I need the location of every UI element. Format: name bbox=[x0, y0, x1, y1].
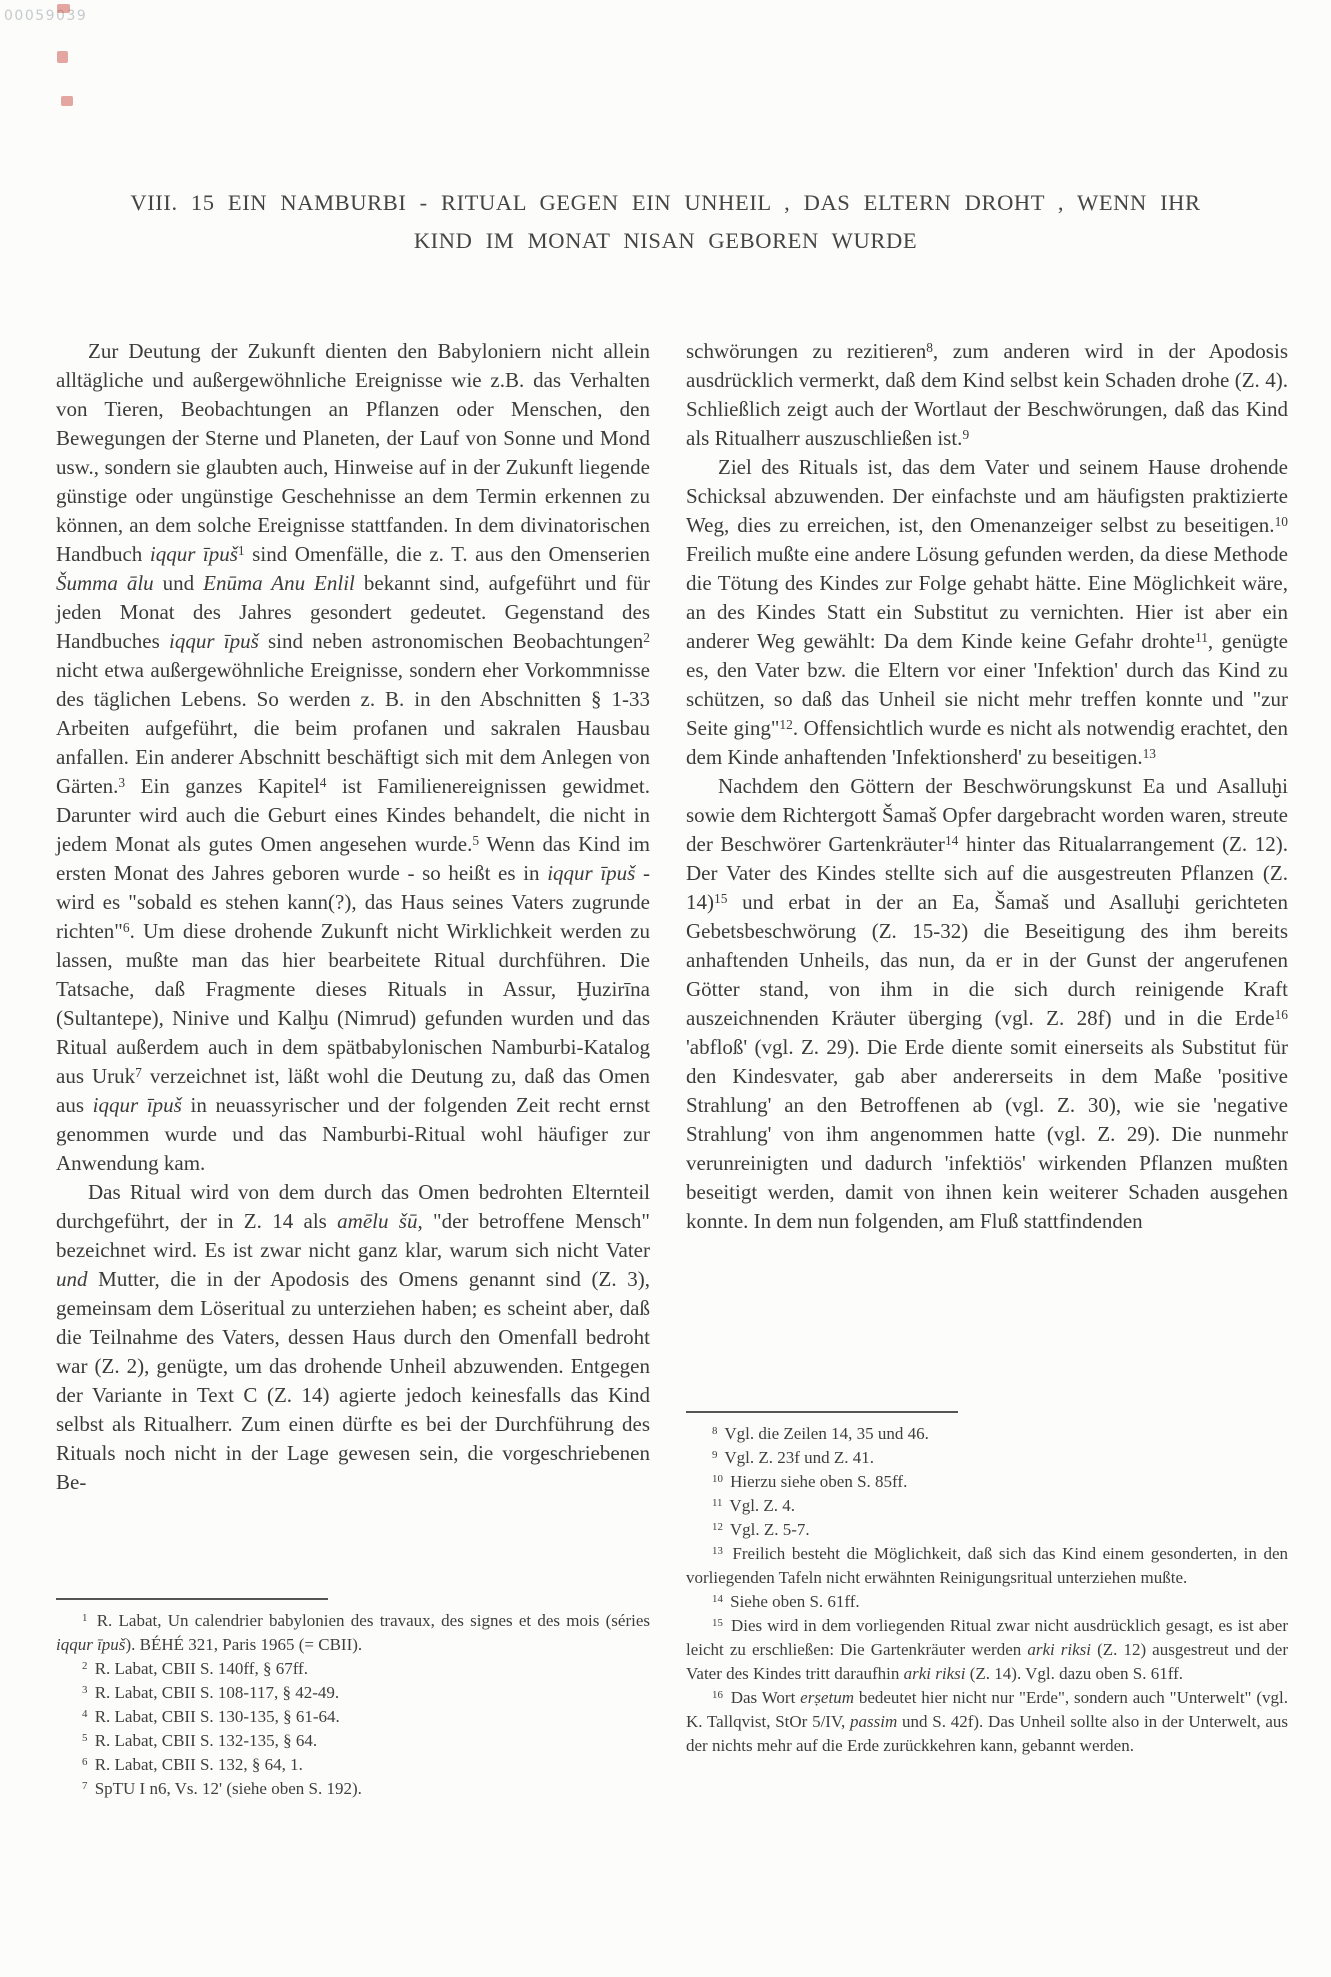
footnote-separator-rule bbox=[56, 1598, 328, 1600]
footnote-14: 14 Siehe oben S. 61ff. bbox=[686, 1590, 1288, 1614]
scan-id-watermark: 00059039 bbox=[4, 8, 87, 24]
footnote-3: 3 R. Labat, CBII S. 108-117, § 42-49. bbox=[56, 1681, 650, 1705]
right-footnote-list: 8 Vgl. die Zeilen 14, 35 und 46.9 Vgl. Z… bbox=[686, 1422, 1288, 1758]
left-column-footnotes: 1 R. Labat, Un calendrier babylonien des… bbox=[56, 1598, 650, 1801]
footnote-number: 10 bbox=[712, 1473, 723, 1485]
paragraph: Ziel des Rituals ist, das dem Vater und … bbox=[686, 453, 1288, 772]
footnote-12: 12 Vgl. Z. 5-7. bbox=[686, 1518, 1288, 1542]
footnote-number: 1 bbox=[82, 1612, 87, 1624]
footnote-2: 2 R. Labat, CBII S. 140ff, § 67ff. bbox=[56, 1657, 650, 1681]
red-pen-mark bbox=[61, 96, 73, 106]
footnote-11: 11 Vgl. Z. 4. bbox=[686, 1494, 1288, 1518]
footnote-number: 9 bbox=[712, 1449, 717, 1461]
footnote-6: 6 R. Labat, CBII S. 132, § 64, 1. bbox=[56, 1753, 650, 1777]
footnote-5: 5 R. Labat, CBII S. 132-135, § 64. bbox=[56, 1729, 650, 1753]
chapter-title-line2: KIND IM MONAT NISAN GEBOREN WURDE bbox=[414, 228, 917, 253]
footnote-number: 8 bbox=[712, 1425, 717, 1437]
paragraph: Zur Deutung der Zukunft dienten den Baby… bbox=[56, 337, 650, 1178]
footnote-number: 7 bbox=[82, 1780, 87, 1792]
left-footnote-list: 1 R. Labat, Un calendrier babylonien des… bbox=[56, 1609, 650, 1801]
footnote-number: 4 bbox=[82, 1708, 87, 1720]
red-pen-mark bbox=[57, 4, 70, 13]
footnote-13: 13 Freilich besteht die Möglichkeit, daß… bbox=[686, 1542, 1288, 1590]
footnote-number: 13 bbox=[712, 1545, 723, 1557]
footnote-number: 2 bbox=[82, 1660, 87, 1672]
footnote-number: 3 bbox=[82, 1684, 87, 1696]
footnote-4: 4 R. Labat, CBII S. 130-135, § 61-64. bbox=[56, 1705, 650, 1729]
footnote-number: 6 bbox=[82, 1756, 87, 1768]
footnote-1: 1 R. Labat, Un calendrier babylonien des… bbox=[56, 1609, 650, 1657]
footnote-number: 11 bbox=[712, 1497, 722, 1509]
footnote-9: 9 Vgl. Z. 23f und Z. 41. bbox=[686, 1446, 1288, 1470]
footnote-number: 14 bbox=[712, 1593, 723, 1605]
footnote-15: 15 Dies wird in dem vorliegenden Ritual … bbox=[686, 1614, 1288, 1686]
right-column-footnotes: 8 Vgl. die Zeilen 14, 35 und 46.9 Vgl. Z… bbox=[686, 1411, 1288, 1758]
footnote-8: 8 Vgl. die Zeilen 14, 35 und 46. bbox=[686, 1422, 1288, 1446]
footnote-number: 16 bbox=[712, 1689, 723, 1701]
paragraph: Nachdem den Göttern der Beschwörungskuns… bbox=[686, 772, 1288, 1236]
scanned-book-page: 00059039 VIII. 15 EIN NAMBURBI - RITUAL … bbox=[0, 0, 1331, 1977]
footnote-16: 16 Das Wort erṣetum bedeutet hier nicht … bbox=[686, 1686, 1288, 1758]
red-pen-mark bbox=[57, 51, 68, 63]
footnote-7: 7 SpTU I n6, Vs. 12' (siehe oben S. 192)… bbox=[56, 1777, 650, 1801]
footnote-separator-rule bbox=[686, 1411, 958, 1413]
footnote-10: 10 Hierzu siehe oben S. 85ff. bbox=[686, 1470, 1288, 1494]
footnote-number: 15 bbox=[712, 1617, 723, 1629]
paragraph: Das Ritual wird von dem durch das Omen b… bbox=[56, 1178, 650, 1497]
left-column-text: Zur Deutung der Zukunft dienten den Baby… bbox=[56, 337, 650, 1497]
chapter-title-line1: VIII. 15 EIN NAMBURBI - RITUAL GEGEN EIN… bbox=[130, 190, 1200, 215]
right-column-text: schwörungen zu rezitieren8, zum anderen … bbox=[686, 337, 1288, 1236]
paragraph: schwörungen zu rezitieren8, zum anderen … bbox=[686, 337, 1288, 453]
footnote-number: 12 bbox=[712, 1521, 723, 1533]
chapter-title: VIII. 15 EIN NAMBURBI - RITUAL GEGEN EIN… bbox=[0, 184, 1331, 260]
footnote-number: 5 bbox=[82, 1732, 87, 1744]
